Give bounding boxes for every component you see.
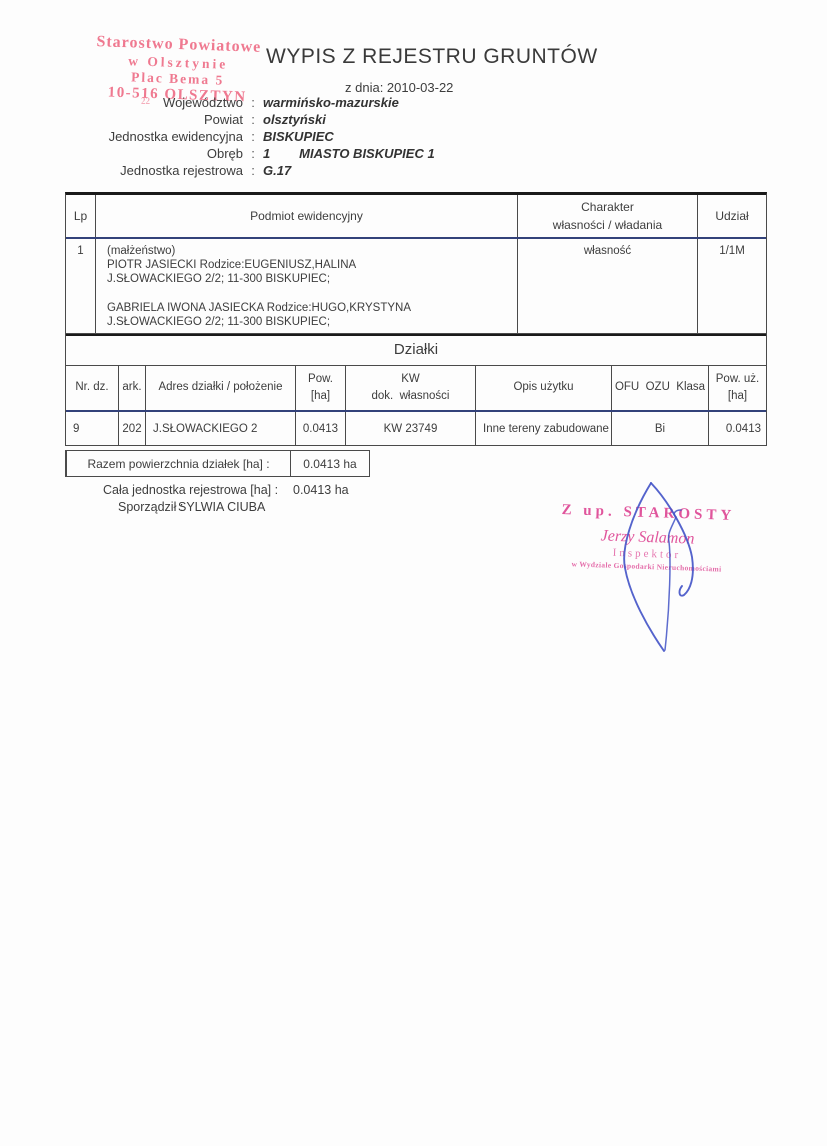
meta-colon: : (243, 146, 263, 163)
owner-row: 1 (małżeństwo) PIOTR JASIECKI Rodzice:EU… (66, 239, 766, 334)
owner-line: GABRIELA IWONA JASIECKA Rodzice:HUGO,KRY… (107, 301, 517, 315)
owners-table: Lp Podmiot ewidencyjny Charakterwłasnośc… (65, 192, 767, 336)
cala-jednostka-label: Cała jednostka rejestrowa [ha] : (103, 483, 278, 497)
parcel-ofu: Bi (612, 412, 709, 445)
owners-table-header: Lp Podmiot ewidencyjny Charakterwłasnośc… (66, 195, 766, 239)
meta-label: Województwo (58, 95, 243, 112)
meta-colon: : (243, 95, 263, 112)
owner-line: J.SŁOWACKIEGO 2/2; 11-300 BISKUPIEC; (107, 272, 517, 286)
signature-stroke (624, 483, 664, 651)
meta-row-powiat: Powiat : olsztyński (58, 112, 435, 129)
header-ofu-ozu-klasa: OFU OZU Klasa (612, 366, 709, 410)
document-page: Starostwo Powiatowe w Olsztynie Plac Bem… (0, 0, 827, 1146)
owner-line: J.SŁOWACKIEGO 2/2; 11-300 BISKUPIEC; (107, 315, 517, 329)
header-charakter: Charakterwłasności / władania (518, 195, 698, 237)
meta-value: 1 MIASTO BISKUPIEC 1 (263, 146, 435, 163)
header-pow-uz: Pow. uż.[ha] (709, 366, 766, 410)
header-podmiot: Podmiot ewidencyjny (96, 195, 518, 237)
sporzadzil-value: SYLWIA CIUBA (178, 500, 265, 514)
parcel-adres: J.SŁOWACKIEGO 2 (146, 412, 296, 445)
meta-label: Jednostka ewidencyjna (58, 129, 243, 146)
razem-row: Razem powierzchnia działek [ha] : 0.0413… (65, 450, 370, 477)
metadata-block: Województwo : warmińsko-mazurskie Powiat… (58, 95, 435, 180)
meta-colon: : (243, 129, 263, 146)
sporzadzil-label: Sporządził : (118, 500, 183, 514)
meta-value: warmińsko-mazurskie (263, 95, 399, 112)
header-pow-text: Pow.[ha] (308, 371, 333, 406)
header-udzial: Udział (698, 195, 766, 237)
header-opis: Opis użytku (476, 366, 612, 410)
header-pow-uz-text: Pow. uż.[ha] (716, 371, 759, 406)
meta-row-wojewodztwo: Województwo : warmińsko-mazurskie (58, 95, 435, 112)
parcel-row: 9 202 J.SŁOWACKIEGO 2 0.0413 KW 23749 In… (66, 412, 766, 445)
parcel-nr: 9 (66, 412, 119, 445)
owner-line: PIOTR JASIECKI Rodzice:EUGENIUSZ,HALINA (107, 258, 517, 272)
meta-colon: : (243, 112, 263, 129)
meta-value: olsztyński (263, 112, 326, 129)
header-lp: Lp (66, 195, 96, 237)
meta-row-jednostka-ewidencyjna: Jednostka ewidencyjna : BISKUPIEC (58, 129, 435, 146)
header-adres: Adres działki / położenie (146, 366, 296, 410)
page-title: WYPIS Z REJESTRU GRUNTÓW (266, 45, 598, 69)
owner-charakter: własność (518, 239, 698, 334)
header-kw: KWdok. własności (346, 366, 476, 410)
meta-label: Jednostka rejestrowa (58, 163, 243, 180)
cala-jednostka-value: 0.0413 ha (293, 483, 349, 497)
meta-value: G.17 (263, 163, 291, 180)
meta-row-jednostka-rejestrowa: Jednostka rejestrowa : G.17 (58, 163, 435, 180)
header-charakter-text: Charakterwłasności / władania (553, 198, 662, 234)
owner-podmiot: (małżeństwo) PIOTR JASIECKI Rodzice:EUGE… (96, 239, 518, 334)
razem-value: 0.0413 ha (291, 451, 369, 476)
signature-stroke (665, 510, 681, 650)
header-kw-text: KWdok. własności (372, 371, 450, 406)
parcel-ark: 202 (119, 412, 146, 445)
parcels-section-title: Działki (66, 334, 766, 366)
meta-label: Powiat (58, 112, 243, 129)
header-nr-dz: Nr. dz. (66, 366, 119, 410)
parcels-table-header: Nr. dz. ark. Adres działki / położenie P… (66, 366, 766, 412)
meta-value: BISKUPIEC (263, 129, 334, 146)
parcel-kw: KW 23749 (346, 412, 476, 445)
meta-colon: : (243, 163, 263, 180)
parcel-opis: Inne tereny zabudowane (476, 412, 612, 445)
document-date: z dnia: 2010-03-22 (345, 80, 453, 95)
parcel-pow: 0.0413 (296, 412, 346, 445)
razem-label: Razem powierzchnia działek [ha] : (67, 451, 291, 476)
pen-signature (600, 475, 730, 660)
meta-row-obreb: Obręb : 1 MIASTO BISKUPIEC 1 (58, 146, 435, 163)
meta-label: Obręb (58, 146, 243, 163)
owner-udzial: 1/1M (698, 239, 766, 334)
parcels-table: Działki Nr. dz. ark. Adres działki / poł… (65, 333, 767, 446)
owner-lp: 1 (66, 239, 96, 334)
signature-stroke (651, 483, 693, 596)
owner-line (107, 287, 517, 301)
owner-line: (małżeństwo) (107, 244, 517, 258)
header-ark: ark. (119, 366, 146, 410)
header-pow: Pow.[ha] (296, 366, 346, 410)
parcel-pow-uz: 0.0413 (709, 412, 766, 445)
